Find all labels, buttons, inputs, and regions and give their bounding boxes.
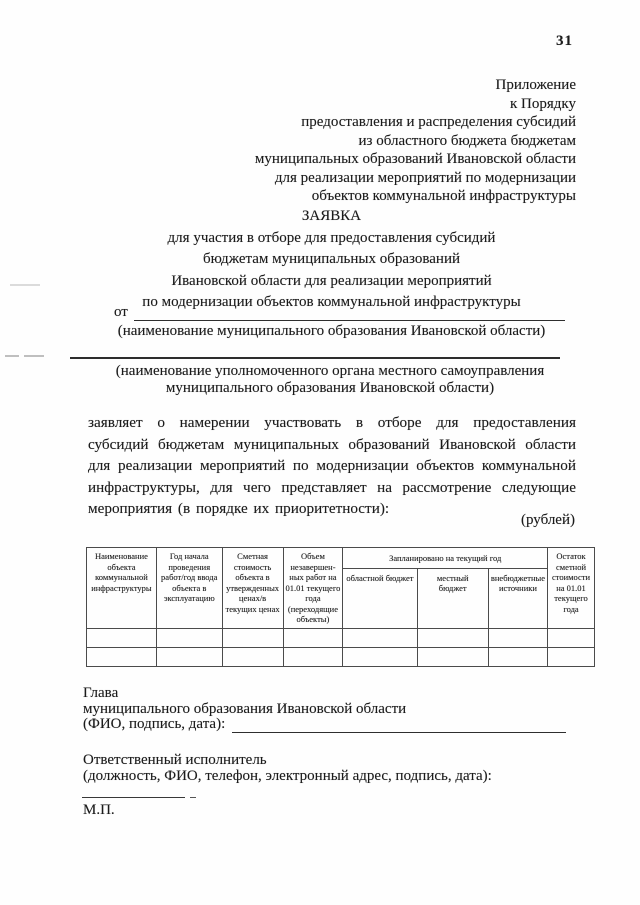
table-empty-cell (87, 647, 157, 666)
title-line: бюджетам муниципальных образований (88, 249, 575, 271)
head-signature-block: Глава муниципального образования Ивановс… (83, 686, 566, 733)
authority-caption-line: муниципального образования Ивановской об… (60, 380, 600, 397)
table-row (87, 647, 595, 666)
annex-line: для реализации мероприятий по модернизац… (255, 169, 576, 188)
from-field: от (114, 304, 565, 321)
table-empty-cell (343, 628, 417, 647)
head-fio-blank-line (232, 719, 566, 733)
executor-line: (должность, ФИО, телефон, электронный ад… (83, 769, 583, 785)
stamp-label: М.П. (83, 802, 115, 819)
table-empty-cell (417, 647, 488, 666)
annex-line: объектов коммунальной инфраструктуры (255, 187, 576, 206)
col-header-local-budget: местный бюджет (417, 568, 488, 628)
units-label: (рублей) (521, 512, 575, 529)
col-header-estimated-cost: Сметная стоимость объекта в утвержденных… (222, 548, 283, 629)
scan-artifact (24, 355, 44, 357)
col-header-unfinished-volume: Объем незавершен-ных работ на 01.01 теку… (283, 548, 343, 629)
measures-table: Наименование объекта коммунальной инфрас… (86, 547, 595, 667)
page-number: 31 (556, 33, 573, 50)
from-caption: (наименование муниципального образования… (88, 323, 575, 340)
table-empty-cell (548, 647, 595, 666)
table-empty-cell (283, 628, 343, 647)
title-line: ЗАЯВКА (88, 206, 575, 228)
table-empty-cell (87, 628, 157, 647)
col-header-extrabudgetary: внебюджетные источники (488, 568, 547, 628)
col-header-start-year: Год начала проведения работ/год ввода об… (156, 548, 222, 629)
table-empty-cell (548, 628, 595, 647)
table-empty-cell (417, 628, 488, 647)
scan-artifact (190, 797, 196, 798)
authority-caption-line: (наименование уполномоченного органа мес… (60, 363, 600, 380)
stamp-blank-line (82, 797, 185, 798)
head-fio-label: (ФИО, подпись, дата): (83, 717, 225, 733)
table-empty-cell (156, 647, 222, 666)
table-empty-cell (343, 647, 417, 666)
annex-line: из областного бюджета бюджетам (255, 132, 576, 151)
annex-line: предоставления и распределения субсидий (255, 113, 576, 132)
from-label: от (114, 304, 128, 321)
annex-line: Приложение (255, 76, 576, 95)
table-empty-cell (488, 647, 547, 666)
col-header-planned-group: Запланировано на текущий год (343, 548, 548, 569)
table-empty-cell (222, 647, 283, 666)
table-row (87, 628, 595, 647)
authority-blank-line (70, 357, 560, 359)
document-title: ЗАЯВКА для участия в отборе для предоста… (88, 206, 575, 314)
annex-line: муниципальных образований Ивановской обл… (255, 150, 576, 169)
title-line: для участия в отборе для предоставления … (88, 228, 575, 250)
table-empty-cell (156, 628, 222, 647)
authority-caption: (наименование уполномоченного органа мес… (60, 363, 600, 397)
statement-paragraph: заявляет о намерении участвовать в отбор… (88, 412, 576, 520)
col-header-object-name: Наименование объекта коммунальной инфрас… (87, 548, 157, 629)
annex-header: Приложение к Порядку предоставления и ра… (255, 76, 576, 206)
col-header-remaining-cost: Остаток сметной стоимости на 01.01 текущ… (548, 548, 595, 629)
head-title-line: муниципального образования Ивановской об… (83, 702, 566, 718)
col-header-regional-budget: областной бюджет (343, 568, 417, 628)
scanned-document-page: 31 Приложение к Порядку предоставления и… (0, 0, 640, 905)
title-line: Ивановской области для реализации меропр… (88, 271, 575, 293)
executor-line: Ответственный исполнитель (83, 753, 583, 769)
table-empty-cell (283, 647, 343, 666)
scan-artifact (5, 355, 19, 357)
table-empty-cell (488, 628, 547, 647)
table-empty-cell (222, 628, 283, 647)
executor-block: Ответственный исполнитель (должность, ФИ… (83, 753, 583, 784)
annex-line: к Порядку (255, 95, 576, 114)
head-title-line: Глава (83, 686, 566, 702)
scan-artifact (10, 284, 40, 286)
head-fio-field: (ФИО, подпись, дата): (83, 717, 566, 733)
from-blank-line (134, 306, 565, 321)
